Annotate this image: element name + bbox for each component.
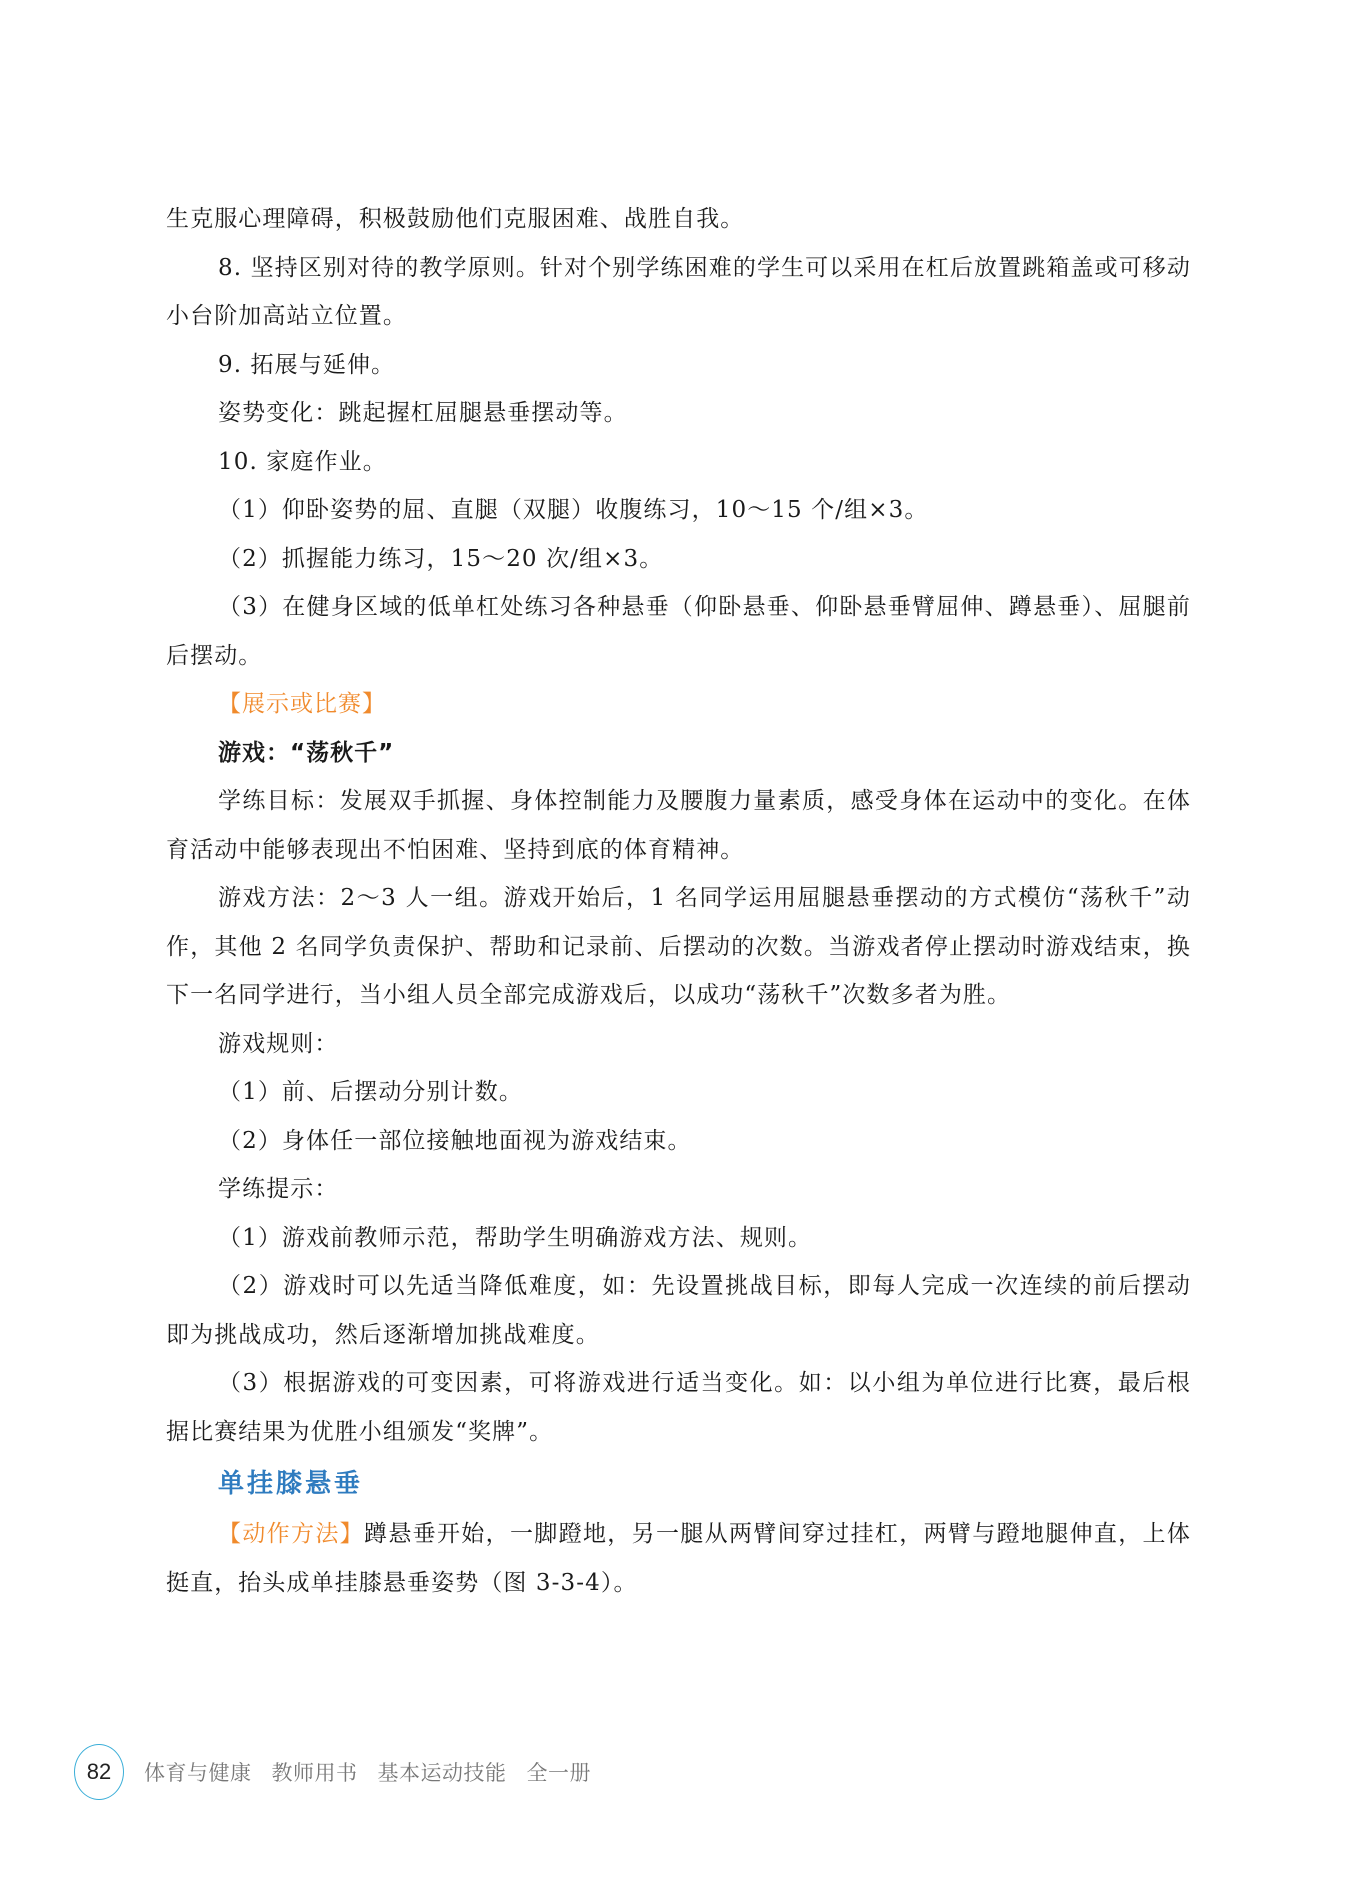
practice-tips-list: （1）游戏前教师示范，帮助学生明确游戏方法、规则。 （2）游戏时可以先适当降低难… [166,1214,1191,1457]
paragraph-item-8: 8. 坚持区别对待的教学原则。针对个别学练困难的学生可以采用在杠后放置跳箱盖或可… [166,244,1191,341]
game-rules-list: （1）前、后摆动分别计数。 （2）身体任一部位接触地面视为游戏结束。 [166,1068,1191,1165]
homework-item: （2）抓握能力练习，15～20 次/组×3。 [166,535,1191,584]
book-subject: 体育与健康 [144,1757,252,1787]
book-info: 体育与健康 教师用书 基本运动技能 全一册 [144,1757,591,1787]
practice-tips-label: 学练提示： [166,1165,1191,1214]
action-method-label: 【动作方法】 [218,1521,364,1547]
rule-item: （2）身体任一部位接触地面视为游戏结束。 [166,1117,1191,1166]
paragraph-continuation: 生克服心理障碍，积极鼓励他们克服困难、战胜自我。 [166,195,1191,244]
tip-item: （2）游戏时可以先适当降低难度，如：先设置挑战目标，即每人完成一次连续的前后摆动… [166,1262,1191,1359]
game-title: 游戏：“荡秋千” [166,729,1191,778]
page-number: 82 [87,1759,111,1785]
paragraph-item-10: 10. 家庭作业。 [166,438,1191,487]
action-method-paragraph: 【动作方法】蹲悬垂开始，一脚蹬地，另一腿从两臂间穿过挂杠，两臂与蹬地腿伸直，上体… [166,1510,1191,1607]
page-content: 生克服心理障碍，积极鼓励他们克服困难、战胜自我。 8. 坚持区别对待的教学原则。… [166,195,1191,1607]
book-topic: 基本运动技能 [378,1757,507,1787]
section-title: 单挂膝悬垂 [166,1458,1191,1510]
game-method: 游戏方法：2～3 人一组。游戏开始后，1 名同学运用屈腿悬垂摆动的方式模仿“荡秋… [166,874,1191,1020]
homework-list: （1）仰卧姿势的屈、直腿（双腿）收腹练习，10～15 个/组×3。 （2）抓握能… [166,486,1191,680]
game-goal: 学练目标：发展双手抓握、身体控制能力及腰腹力量素质，感受身体在运动中的变化。在体… [166,777,1191,874]
paragraph-posture-change: 姿势变化：跳起握杠屈腿悬垂摆动等。 [166,389,1191,438]
page-footer: 82 体育与健康 教师用书 基本运动技能 全一册 [74,1744,591,1800]
rule-item: （1）前、后摆动分别计数。 [166,1068,1191,1117]
showcase-heading: 【展示或比赛】 [166,680,1191,729]
page-number-badge: 82 [74,1744,124,1800]
paragraph-item-9: 9. 拓展与延伸。 [166,341,1191,390]
homework-item: （1）仰卧姿势的屈、直腿（双腿）收腹练习，10～15 个/组×3。 [166,486,1191,535]
book-volume: 全一册 [527,1757,592,1787]
homework-item: （3）在健身区域的低单杠处练习各种悬垂（仰卧悬垂、仰卧悬垂臂屈伸、蹲悬垂）、屈腿… [166,583,1191,680]
game-rules-label: 游戏规则： [166,1020,1191,1069]
textbook-page: 生克服心理障碍，积极鼓励他们克服困难、战胜自我。 8. 坚持区别对待的教学原则。… [0,0,1359,1891]
book-type: 教师用书 [272,1757,358,1787]
tip-item: （3）根据游戏的可变因素，可将游戏进行适当变化。如：以小组为单位进行比赛，最后根… [166,1359,1191,1456]
tip-item: （1）游戏前教师示范，帮助学生明确游戏方法、规则。 [166,1214,1191,1263]
